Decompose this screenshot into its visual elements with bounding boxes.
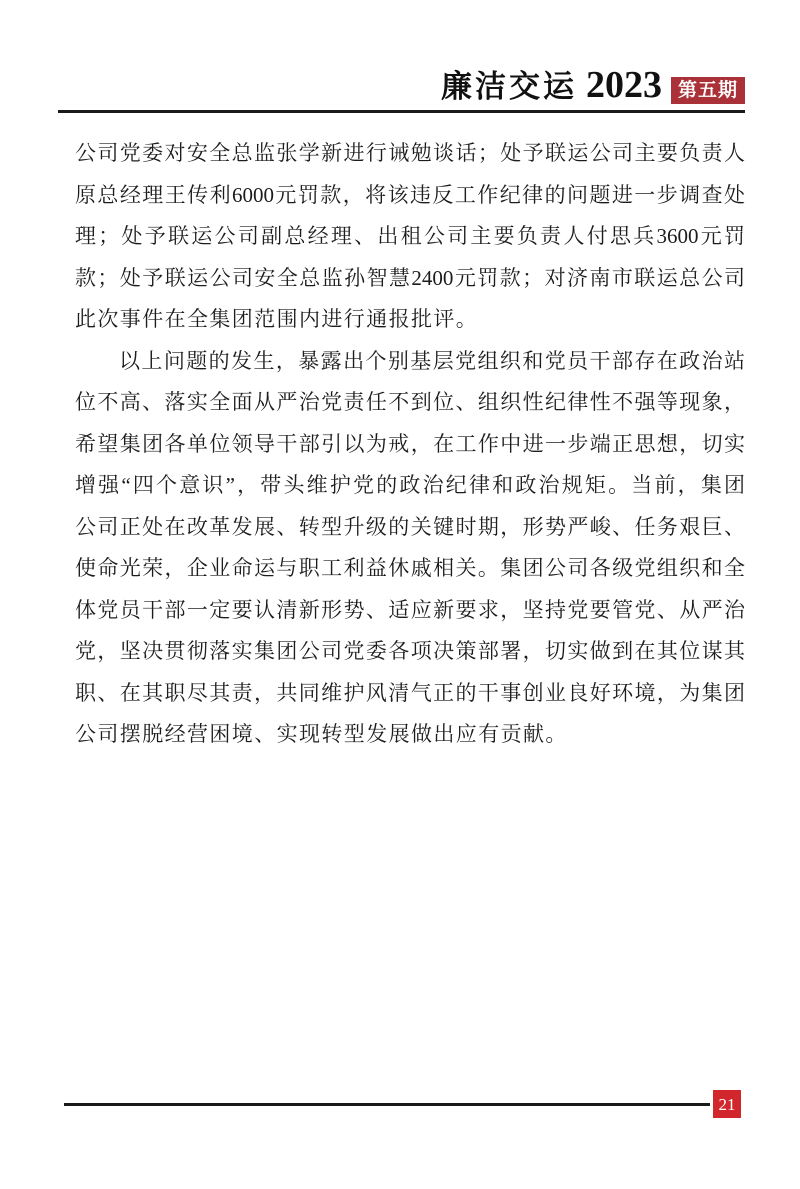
text-line: 公司摆脱经营困境、实现转型发展做出应有贡献。 xyxy=(75,714,745,756)
text-line: 希望集团各单位领导干部引以为戒，在工作中进一步端正思想，切实 xyxy=(75,424,745,466)
issue-badge: 第五期 xyxy=(671,77,745,104)
text-line: 理；处予联运公司副总经理、出租公司主要负责人付思兵3600元罚 xyxy=(75,216,745,258)
page-header: 廉洁交运 2023 第五期 xyxy=(58,60,745,104)
text-line: 原总经理王传利6000元罚款，将该违反工作纪律的问题进一步调查处 xyxy=(75,175,745,217)
text-line: 公司党委对安全总监张学新进行诫勉谈话；处予联运公司主要负责人 xyxy=(75,133,745,175)
text-line: 款；处予联运公司安全总监孙智慧2400元罚款；对济南市联运总公司 xyxy=(75,258,745,300)
text-line: 增强“四个意识”，带头维护党的政治纪律和政治规矩。当前，集团 xyxy=(75,465,745,507)
footer-rule xyxy=(64,1103,710,1106)
journal-title: 廉洁交运 xyxy=(441,71,577,104)
text-line: 使命光荣，企业命运与职工利益休戚相关。集团公司各级党组织和全 xyxy=(75,548,745,590)
text-line: 体党员干部一定要认清新形势、适应新要求，坚持党要管党、从严治 xyxy=(75,590,745,632)
text-line: 职、在其职尽其责，共同维护风清气正的干事创业良好环境，为集团 xyxy=(75,673,745,715)
article-body: 公司党委对安全总监张学新进行诫勉谈话；处予联运公司主要负责人原总经理王传利600… xyxy=(75,133,745,756)
text-line: 位不高、落实全面从严治党责任不到位、组织性纪律性不强等现象， xyxy=(75,382,745,424)
text-line: 党，坚决贯彻落实集团公司党委各项决策部署，切实做到在其位谋其 xyxy=(75,631,745,673)
header-rule xyxy=(58,110,745,113)
document-page: 廉洁交运 2023 第五期 公司党委对安全总监张学新进行诫勉谈话；处予联运公司主… xyxy=(0,0,800,1189)
text-line: 此次事件在全集团范围内进行通报批评。 xyxy=(75,299,745,341)
text-line: 公司正处在改革发展、转型升级的关键时期，形势严峻、任务艰巨、 xyxy=(75,507,745,549)
paragraphs: 公司党委对安全总监张学新进行诫勉谈话；处予联运公司主要负责人原总经理王传利600… xyxy=(75,133,745,756)
journal-year: 2023 xyxy=(586,66,662,104)
text-line: 以上问题的发生，暴露出个别基层党组织和党员干部存在政治站 xyxy=(75,341,745,383)
page-number-badge: 21 xyxy=(713,1090,741,1118)
